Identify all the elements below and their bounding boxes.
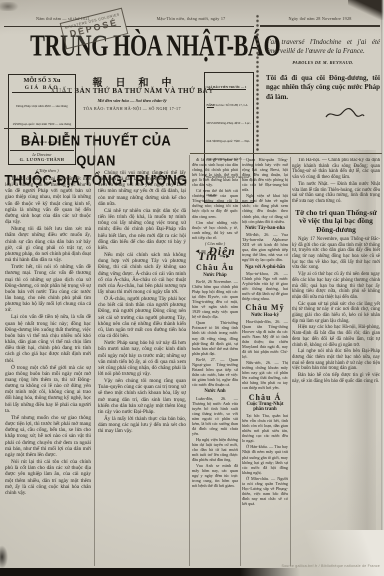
section-heading: Châu Á bbox=[242, 395, 288, 400]
paragraph: Nghị viện sẽ khai hội nay mai để bàn về … bbox=[242, 193, 288, 223]
paragraph: Lại còn vấn đề tiền tệ nữa, là vấn đề qu… bbox=[5, 314, 91, 363]
paragraph: Nếu một cái chính sách mà không dung hợp… bbox=[98, 252, 186, 295]
price-box-title: GIÁ BÁO bbox=[12, 85, 72, 93]
telegrams-ornament-title: Điện Tín bbox=[192, 249, 238, 261]
paragraph: Quan Thủ-tướng Poincaré tỏ lời rằng tình… bbox=[192, 320, 238, 355]
paragraph: Mạc-tư-khoa, 26. — Chính phủ Nga với nướ… bbox=[242, 271, 288, 301]
newspaper-title: TRUNG HÒA NHẬT-BÁO bbox=[30, 28, 232, 63]
paragraph: Chúng tôi vui mừng rằng có thể lấy việc … bbox=[98, 170, 186, 207]
paragraph: Cái nhẽ tự nhiên của một dân tộc đã tiến… bbox=[98, 208, 186, 251]
subheading: Nước Anh bbox=[192, 389, 238, 394]
paragraph: Mã-đức, 26. — Vua Tây-ban-nha Alphonse X… bbox=[242, 232, 288, 262]
signature-flourish-icon bbox=[324, 107, 366, 121]
paragraph: Ở Hán-khẩu. — Tàu bay Nhật đã ném mấy qu… bbox=[242, 444, 288, 474]
french-quote: J'ai traversé l'Indochine et j'ai été ém… bbox=[266, 38, 380, 57]
section-heading: Châu Âu bbox=[192, 265, 238, 270]
paragraph: Ba-lê, 26 Novembre. — Chiều hôm qua chín… bbox=[192, 279, 238, 319]
column-1: Tôi đã đi đến với hai loại vấn đề: một l… bbox=[5, 176, 91, 566]
paragraph: Cứ xem thế thì biết cái chương trình của… bbox=[192, 188, 238, 218]
ornament-border bbox=[255, 14, 260, 152]
paragraph: Nữu-ước, 26. — Thị trường chứng khoán mấ… bbox=[242, 360, 288, 390]
paragraph: Quan Hải-quân Tổng-trưởng trình bày việc… bbox=[242, 157, 288, 192]
paragraph: Còn như những việc thuộc về học chính, y… bbox=[192, 220, 238, 240]
scan-corner-dark bbox=[348, 0, 384, 20]
subheading: Nước Hoa-kỳ bbox=[242, 313, 288, 318]
column-rule bbox=[189, 155, 190, 566]
subheading: Nước Tây-ban-nha bbox=[242, 226, 288, 231]
paragraph: Ở trong một chỗ thế giới mà các sự giao … bbox=[5, 365, 91, 414]
paragraph: Tôi đã đi đến với hai loại vấn đề: một l… bbox=[5, 176, 91, 225]
paragraph: Trước hết, tôi nói rõ những vấn đề thươn… bbox=[5, 264, 91, 313]
paragraph: Nhưng tôi đã biết lưu tâm xét mà thẩm đư… bbox=[5, 226, 91, 263]
paragraph: Thế nhưng muốn cho sự giao thông được ti… bbox=[5, 415, 91, 458]
quote-attribution: PAROLES DE M. REYNAUD. bbox=[266, 60, 380, 65]
paragraph: Vậy nên chúng tôi mong rằng quan Toàn-qu… bbox=[98, 378, 186, 415]
paragraph: Hoa-thịnh-đốn, 26. — Quan tân Tổng-thống… bbox=[242, 319, 288, 359]
scan-smudge bbox=[0, 2, 26, 11]
subheading: Cuộc Trung-Nhật phân tranh bbox=[242, 402, 288, 412]
scan-smudge-bottom bbox=[0, 544, 10, 570]
paragraph: Vua Anh se mình đã mấy hôm nay, các quan… bbox=[192, 463, 238, 488]
vietnamese-quote: Tôi đã đi qua cõi Đông-dương, tôi ngạc n… bbox=[266, 74, 380, 103]
quote-block: J'ai traversé l'Indochine et j'ai été ém… bbox=[266, 38, 380, 121]
scan-bottom-shadow bbox=[0, 568, 300, 576]
column-4-telegrams: Quan Hải-quân Tổng-trưởng trình bày việc… bbox=[242, 157, 288, 566]
masthead-bottom-rule bbox=[4, 128, 188, 129]
paragraph: Ở Mãn-châu. — Người ta nói rằng quân Trư… bbox=[242, 476, 288, 506]
column-3-telegrams: đi là cái gì có quan hệ đến cuộc sinh ho… bbox=[192, 157, 238, 566]
continued-marker: ( Tiếp theo ) bbox=[5, 168, 90, 173]
newspaper-scan-page: Năm thứ năm — số thứ 1021 Mậu-Thìn niên,… bbox=[0, 0, 384, 576]
lunar-date: Mậu-Thìn niên, tháng mười, ngày 17 bbox=[128, 16, 254, 21]
paragraph: Nước Pháp sang bảo hộ xứ này đã hơn bốn … bbox=[98, 340, 186, 377]
paragraph: đi là cái gì có quan hệ đến cuộc sinh ho… bbox=[192, 157, 238, 187]
page-curl bbox=[292, 530, 384, 576]
paragraph: Ở Á-châu, người phương Tây phải học cho … bbox=[98, 296, 186, 339]
gallica-watermark: Source gallica.bnf.fr / Bibliothèque nat… bbox=[281, 564, 380, 568]
price-per-issue: MỖI SỐ 3 Xu bbox=[10, 77, 74, 84]
section-heading: Châu Mỹ bbox=[242, 305, 288, 310]
paragraph: Tại bắc Tàu, quân hai bên vẫn chưa rút h… bbox=[242, 413, 288, 443]
column-rule bbox=[240, 157, 241, 566]
header-rule-right bbox=[260, 25, 380, 27]
paragraph: Nói rút lại thì cái tôn chỉ của chính ph… bbox=[5, 459, 91, 496]
subheading: Nga với A-phú-hãn bbox=[242, 265, 288, 270]
paragraph: Ấy là mấy lời thành thực của bản báo, dá… bbox=[98, 416, 186, 434]
column-2: Chúng tôi vui mừng rằng có thể lấy việc … bbox=[98, 170, 186, 566]
column-rule bbox=[290, 157, 291, 566]
column-rule bbox=[94, 132, 95, 566]
page-fold-shadow bbox=[346, 150, 376, 565]
paragraph: Ba-lê, 27. — Quan Ngoại-giao Tổng-trưởng… bbox=[192, 357, 238, 387]
paragraph: Luân-đôn, 26. — Thương bộ nước Anh vừa t… bbox=[192, 396, 238, 436]
paragraph: Hạ nghị viện hiện đương bàn dự luật tuyể… bbox=[192, 437, 238, 462]
headline-line1: BÀI DIỄN THUYẾT CỦA QUAN bbox=[4, 131, 188, 170]
subheading: Nước Pháp bbox=[192, 273, 238, 278]
header-rule-center bbox=[126, 26, 254, 27]
